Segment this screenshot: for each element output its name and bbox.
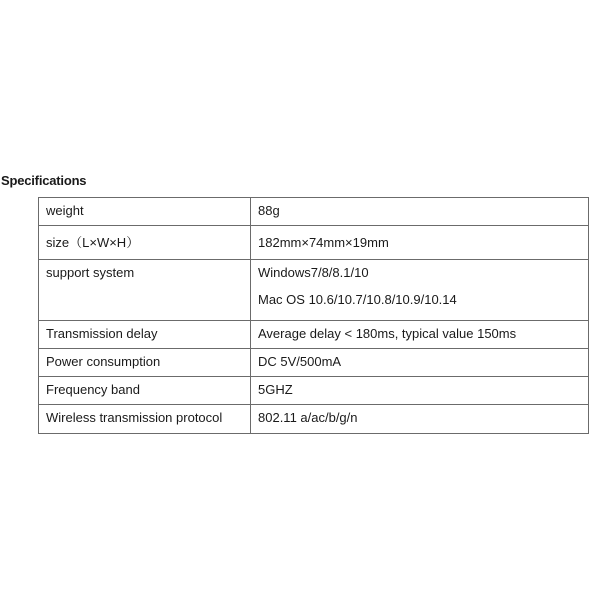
table-row: Wireless transmission protocol 802.11 a/… (39, 405, 589, 434)
table-row: size（L×W×H） 182mm×74mm×19mm (39, 226, 589, 260)
spec-label: Wireless transmission protocol (39, 405, 251, 434)
spec-value-mac: Mac OS 10.6/10.7/10.8/10.9/10.14 (258, 290, 581, 310)
table-row: support system Windows7/8/8.1/10 Mac OS … (39, 260, 589, 321)
spec-label: size（L×W×H） (39, 226, 251, 260)
spec-value: 5GHZ (251, 377, 589, 405)
spec-value: 182mm×74mm×19mm (251, 226, 589, 260)
spec-value: 88g (251, 198, 589, 226)
spec-value-windows: Windows7/8/8.1/10 (258, 263, 581, 283)
table-row: Frequency band 5GHZ (39, 377, 589, 405)
spec-label: weight (39, 198, 251, 226)
table-row: Transmission delay Average delay < 180ms… (39, 321, 589, 349)
spec-label: support system (39, 260, 251, 321)
spec-value: 802.11 a/ac/b/g/n (251, 405, 589, 434)
spec-label: Frequency band (39, 377, 251, 405)
table-row: weight 88g (39, 198, 589, 226)
table-row: Power consumption DC 5V/500mA (39, 349, 589, 377)
spec-value: Average delay < 180ms, typical value 150… (251, 321, 589, 349)
spec-label: Transmission delay (39, 321, 251, 349)
spec-value: Windows7/8/8.1/10 Mac OS 10.6/10.7/10.8/… (251, 260, 589, 321)
specifications-table: weight 88g size（L×W×H） 182mm×74mm×19mm s… (38, 197, 589, 434)
section-title: Specifications (1, 173, 86, 188)
spec-value: DC 5V/500mA (251, 349, 589, 377)
spec-label: Power consumption (39, 349, 251, 377)
